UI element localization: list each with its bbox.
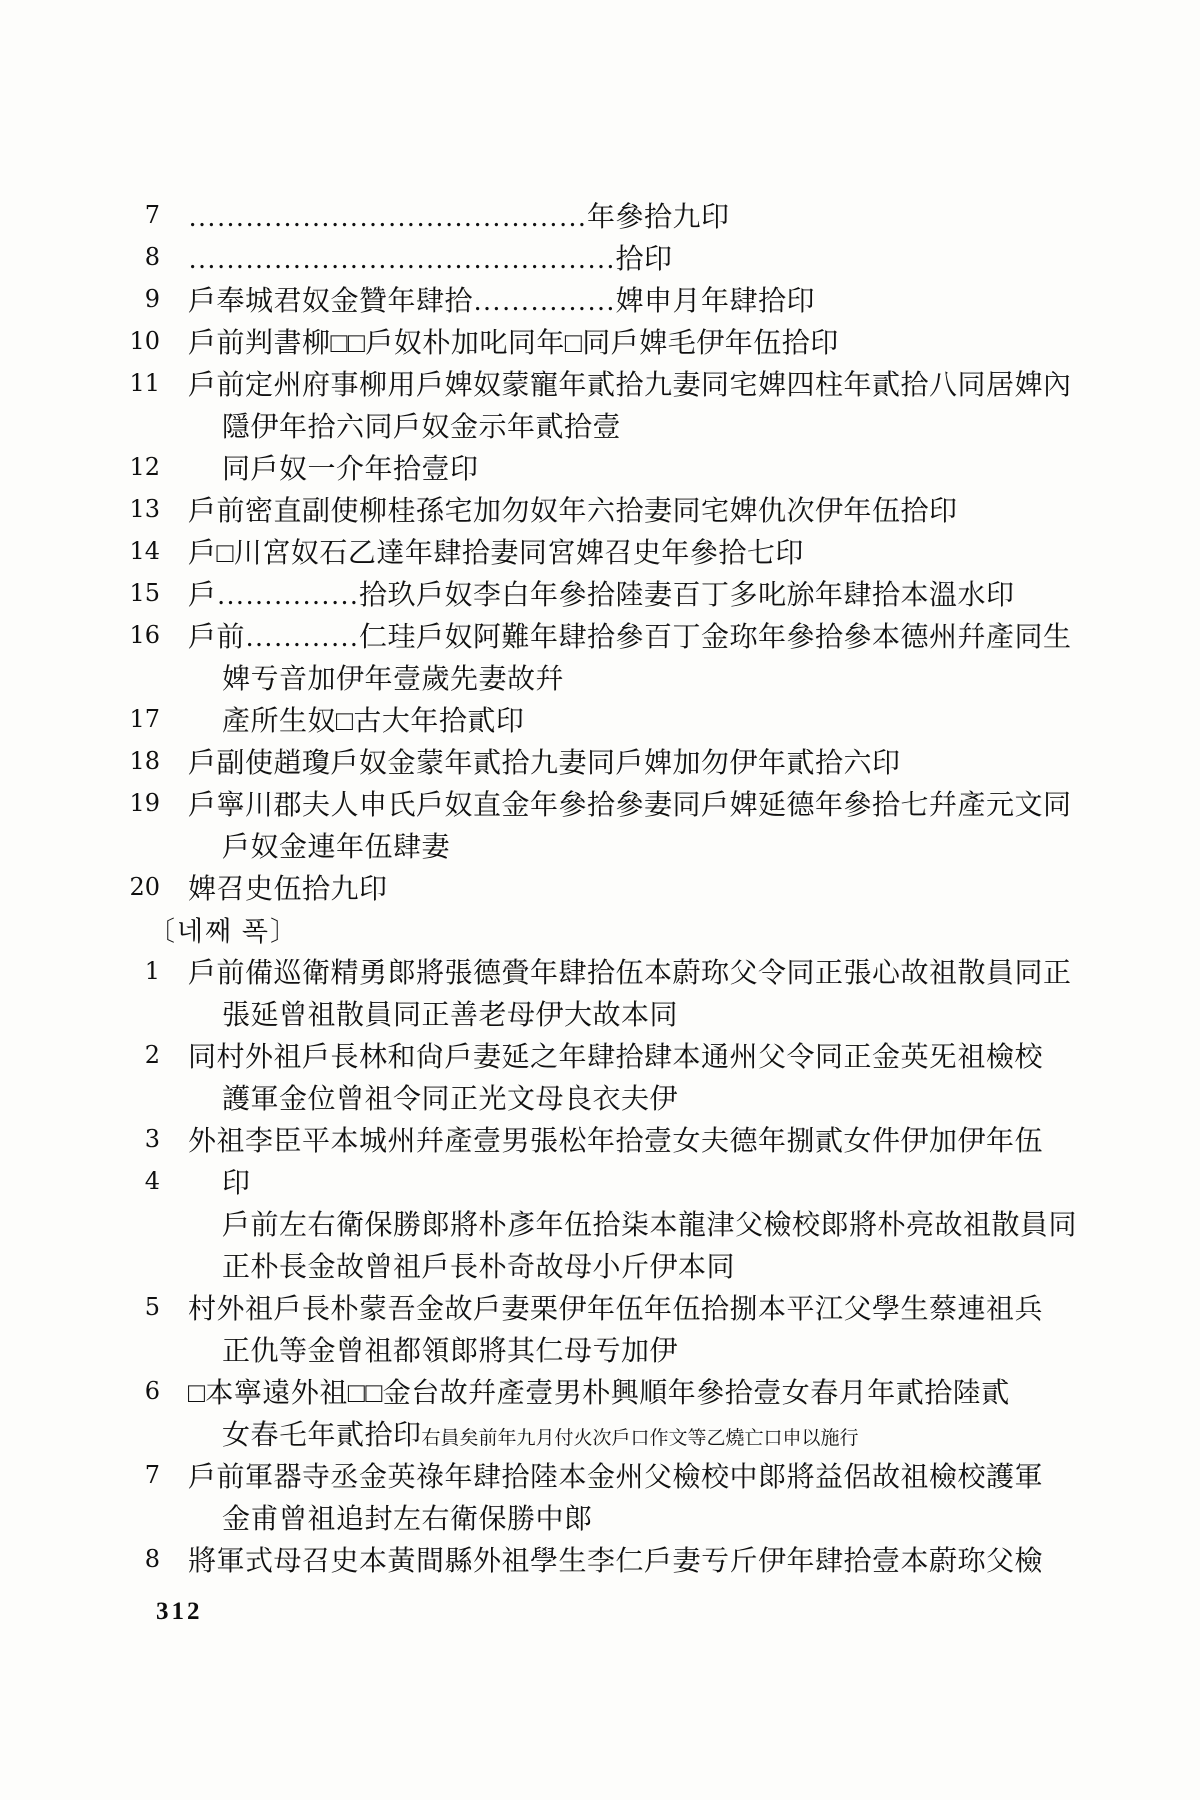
line-text: 印 <box>222 1161 251 1201</box>
line-text: ………………………………………拾印 <box>188 237 673 277</box>
line-text: 戶寧川郡夫人申氏戶奴直金年參拾參妻同戶婢延德年參拾七幷產元文同 <box>188 783 1072 823</box>
line-text: 同村外祖戶長林和尙戶妻延之年肆拾肆本通州父令同正金英旡祖檢校 <box>188 1035 1043 1075</box>
line-text: 正朴長金故曾祖戶長朴奇故母小斤伊本同 <box>222 1245 735 1285</box>
line-number: 6 <box>0 1377 160 1405</box>
line-text: 戶□川宮奴石乙達年肆拾妻同宮婢召史年參拾七印 <box>188 531 804 571</box>
line-text: 同戶奴一介年拾壹印 <box>222 447 479 487</box>
document-line: 3外祖李臣平本城州幷產壹男張松年拾壹女夫德年捌貳女件伊加伊年伍 <box>0 1118 1200 1160</box>
line-text: 戶奴金連年伍肆妻 <box>222 825 450 865</box>
section-header-label: 〔네째 폭〕 <box>148 910 299 949</box>
section-header: 〔네째 폭〕 <box>0 908 1200 950</box>
line-number: 1 <box>0 957 160 985</box>
line-number: 5 <box>0 1293 160 1321</box>
line-text: 女春乇年貳拾印右員矣前年九月付火次戶口作文等乙燒亡口申以施行 <box>222 1413 859 1453</box>
document-line: 19戶寧川郡夫人申氏戶奴直金年參拾參妻同戶婢延德年參拾七幷產元文同 <box>0 782 1200 824</box>
document-line: 4印 <box>0 1160 1200 1202</box>
line-text: 戶前軍器寺丞金英祿年肆拾陸本金州父檢校中郞將益侶故祖檢校護軍 <box>188 1455 1043 1495</box>
line-number: 13 <box>0 495 160 523</box>
document-line: 10戶前判書柳□□戶奴朴加叱同年□同戶婢毛伊年伍拾印 <box>0 320 1200 362</box>
line-number: 7 <box>0 201 160 229</box>
document-line: 張延曾祖散員同正善老母伊大故本同 <box>0 992 1200 1034</box>
line-text: □本寧遠外祖□□金台故幷產壹男朴興順年參拾壹女春月年貳拾陸貳 <box>188 1371 1010 1411</box>
line-number: 20 <box>0 873 160 901</box>
document-line: 1戶前備巡衛精勇郞將張德賫年肆拾伍本蔚珎父令同正張心故祖散員同正 <box>0 950 1200 992</box>
line-number: 11 <box>0 369 160 397</box>
document-line: 戶奴金連年伍肆妻 <box>0 824 1200 866</box>
document-line: 戶前左右衛保勝郞將朴彥年伍拾柒本龍津父檢校郞將朴亮故祖散員同 <box>0 1202 1200 1244</box>
page-number: 312 <box>156 1598 203 1626</box>
document-page: 7……………………………………年參拾九印8………………………………………拾印9戶… <box>0 0 1200 1800</box>
line-text: ……………………………………年參拾九印 <box>188 195 730 235</box>
document-line: 金甫曾祖追封左右衛保勝中郞 <box>0 1496 1200 1538</box>
line-number: 15 <box>0 579 160 607</box>
line-text: 戶前…………仁珪戶奴阿難年肆拾參百丁金珎年參拾參本德州幷產同生 <box>188 615 1072 655</box>
line-number: 10 <box>0 327 160 355</box>
line-text: 戶前備巡衛精勇郞將張德賫年肆拾伍本蔚珎父令同正張心故祖散員同正 <box>188 951 1072 991</box>
line-text: 張延曾祖散員同正善老母伊大故本同 <box>222 993 678 1033</box>
line-text: 正仇等金曾祖都領郞將其仁母亐加伊 <box>222 1329 678 1369</box>
line-text: 戶前密直副使柳桂孫宅加勿奴年六拾妻同宅婢仇次伊年伍拾印 <box>188 489 958 529</box>
line-number: 16 <box>0 621 160 649</box>
line-note-small: 右員矣前年九月付火次戶口作文等乙燒亡口申以施行 <box>422 1428 859 1449</box>
document-line: 護軍金位曾祖令同正光文母良衣夫伊 <box>0 1076 1200 1118</box>
line-text: 戶奉城君奴金贊年肆拾……………婢申月年肆拾印 <box>188 279 815 319</box>
document-line: 隱伊年拾六同戶奴金示年貳拾壹 <box>0 404 1200 446</box>
line-text: 戶……………拾玖戶奴李白年參拾陸妻百丁多叱旀年肆拾本溫水印 <box>188 573 1015 613</box>
line-number: 17 <box>0 705 160 733</box>
line-text: 戶前左右衛保勝郞將朴彥年伍拾柒本龍津父檢校郞將朴亮故祖散員同 <box>222 1203 1077 1243</box>
document-line: 17產所生奴□古大年拾貳印 <box>0 698 1200 740</box>
line-text: 婢召史伍拾九印 <box>188 867 388 907</box>
line-number: 8 <box>0 1545 160 1573</box>
line-number: 19 <box>0 789 160 817</box>
document-line: 正朴長金故曾祖戶長朴奇故母小斤伊本同 <box>0 1244 1200 1286</box>
line-number: 14 <box>0 537 160 565</box>
document-line: 14戶□川宮奴石乙達年肆拾妻同宮婢召史年參拾七印 <box>0 530 1200 572</box>
line-number: 2 <box>0 1041 160 1069</box>
document-line: 11戶前定州府事柳用戶婢奴蒙寵年貳拾九妻同宅婢四柱年貳拾八同居婢內 <box>0 362 1200 404</box>
document-line: 7戶前軍器寺丞金英祿年肆拾陸本金州父檢校中郞將益侶故祖檢校護軍 <box>0 1454 1200 1496</box>
line-number: 3 <box>0 1125 160 1153</box>
document-line: 12同戶奴一介年拾壹印 <box>0 446 1200 488</box>
line-text: 戶前定州府事柳用戶婢奴蒙寵年貳拾九妻同宅婢四柱年貳拾八同居婢內 <box>188 363 1072 403</box>
document-line: 8將軍式母召史本黃間縣外祖學生李仁戶妻亐斤伊年肆拾壹本蔚珎父檢 <box>0 1538 1200 1580</box>
document-line: 7……………………………………年參拾九印 <box>0 194 1200 236</box>
document-line: 18戶副使趙瓊戶奴金蒙年貳拾九妻同戶婢加勿伊年貳拾六印 <box>0 740 1200 782</box>
line-text: 隱伊年拾六同戶奴金示年貳拾壹 <box>222 405 621 445</box>
line-number: 18 <box>0 747 160 775</box>
line-number: 7 <box>0 1461 160 1489</box>
document-line: 5村外祖戶長朴蒙吾金故戶妻栗伊年伍年伍拾捌本平江父學生蔡連祖兵 <box>0 1286 1200 1328</box>
document-line: 婢亐音加伊年壹歲先妻故幷 <box>0 656 1200 698</box>
document-line: 8………………………………………拾印 <box>0 236 1200 278</box>
document-line: 16戶前…………仁珪戶奴阿難年肆拾參百丁金珎年參拾參本德州幷產同生 <box>0 614 1200 656</box>
line-number: 12 <box>0 453 160 481</box>
document-line: 2同村外祖戶長林和尙戶妻延之年肆拾肆本通州父令同正金英旡祖檢校 <box>0 1034 1200 1076</box>
line-text: 村外祖戶長朴蒙吾金故戶妻栗伊年伍年伍拾捌本平江父學生蔡連祖兵 <box>188 1287 1043 1327</box>
line-text: 將軍式母召史本黃間縣外祖學生李仁戶妻亐斤伊年肆拾壹本蔚珎父檢 <box>188 1539 1043 1579</box>
document-rows: 7……………………………………年參拾九印8………………………………………拾印9戶… <box>0 194 1200 1580</box>
document-line: 15戶……………拾玖戶奴李白年參拾陸妻百丁多叱旀年肆拾本溫水印 <box>0 572 1200 614</box>
line-text: 產所生奴□古大年拾貳印 <box>222 699 524 739</box>
document-line: 6□本寧遠外祖□□金台故幷產壹男朴興順年參拾壹女春月年貳拾陸貳 <box>0 1370 1200 1412</box>
line-text: 戶前判書柳□□戶奴朴加叱同年□同戶婢毛伊年伍拾印 <box>188 321 839 361</box>
line-text: 戶副使趙瓊戶奴金蒙年貳拾九妻同戶婢加勿伊年貳拾六印 <box>188 741 901 781</box>
document-line: 9戶奉城君奴金贊年肆拾……………婢申月年肆拾印 <box>0 278 1200 320</box>
line-number: 9 <box>0 285 160 313</box>
line-text: 婢亐音加伊年壹歲先妻故幷 <box>222 657 564 697</box>
document-line: 20婢召史伍拾九印 <box>0 866 1200 908</box>
line-text: 外祖李臣平本城州幷產壹男張松年拾壹女夫德年捌貳女件伊加伊年伍 <box>188 1119 1043 1159</box>
document-line: 女春乇年貳拾印右員矣前年九月付火次戶口作文等乙燒亡口申以施行 <box>0 1412 1200 1454</box>
line-text: 護軍金位曾祖令同正光文母良衣夫伊 <box>222 1077 678 1117</box>
line-number: 8 <box>0 243 160 271</box>
line-number: 4 <box>0 1167 160 1195</box>
document-line: 13戶前密直副使柳桂孫宅加勿奴年六拾妻同宅婢仇次伊年伍拾印 <box>0 488 1200 530</box>
document-line: 正仇等金曾祖都領郞將其仁母亐加伊 <box>0 1328 1200 1370</box>
line-text: 金甫曾祖追封左右衛保勝中郞 <box>222 1497 593 1537</box>
